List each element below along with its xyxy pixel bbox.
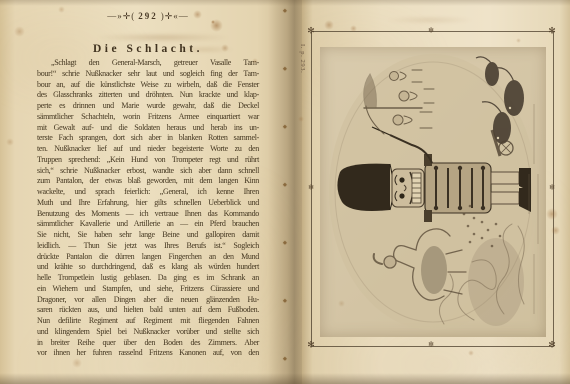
running-head: —»✛(292)✛«— bbox=[37, 11, 259, 22]
floral-edge-ornament-icon: ✼ bbox=[308, 185, 314, 192]
text-line: bour!“ schrie Nußknacker sehr laut und s… bbox=[37, 69, 259, 80]
text-line: Benutzung des Moments — ich vertraue Ihn… bbox=[37, 209, 259, 220]
text-line: Nun defilirte Regiment auf Regiment mit … bbox=[37, 316, 259, 327]
header-rule-left: —»✛( bbox=[107, 11, 135, 21]
binding-ornament-icon: ◆ bbox=[283, 66, 287, 72]
text-line: saren rückten aus, und hielten bald unte… bbox=[37, 305, 259, 316]
engraving-illustration bbox=[324, 50, 542, 334]
chapter-heading: Die Schlacht. bbox=[37, 43, 259, 55]
text-line: sämmtlicher Schachteln, worin Fritzens A… bbox=[37, 112, 259, 123]
text-line: leidlich. — Thun Sie jetzt was Ihres Ber… bbox=[37, 241, 259, 252]
text-line: in breiter Reihe quer über den Boden des… bbox=[37, 338, 259, 349]
text-line: und krähte so durchdringend, daß es klan… bbox=[37, 262, 259, 273]
page-number: 292 bbox=[135, 11, 161, 21]
text-line: perte es drinnen und Marie wurde gewahr,… bbox=[37, 101, 259, 112]
floral-edge-ornament-icon: ✼ bbox=[428, 28, 434, 35]
text-line: vor ihnen her fuhren rasselnd Fritzens K… bbox=[37, 348, 259, 359]
text-line: mit Gewalt auf- und die Soldaten heraus … bbox=[37, 123, 259, 134]
floral-corner-ornament-icon: ✻ bbox=[548, 27, 556, 36]
text-line: Sie nicht, Sie haben sehr lange Beine un… bbox=[37, 230, 259, 241]
text-line: terste Fach sprangen, dort sich aber in … bbox=[37, 133, 259, 144]
show-through-text bbox=[95, 33, 230, 42]
floral-edge-ornament-icon: ✼ bbox=[428, 342, 434, 349]
binding-ornament-icon: ◆ bbox=[283, 182, 287, 188]
text-line: bour an, auf die künstlichste Weise zu w… bbox=[37, 80, 259, 91]
text-line: sich,“ schrie Nußknacker erbost, wandte … bbox=[37, 166, 259, 177]
text-line: sämmtlicher Kavallerie und Artillerie an… bbox=[37, 219, 259, 230]
floral-edge-ornament-icon: ✼ bbox=[549, 185, 555, 192]
floral-corner-ornament-icon: ✻ bbox=[307, 341, 315, 350]
body-text: „Schlagt den General-Marsch, getreuer Va… bbox=[37, 58, 259, 359]
open-book: —»✛(292)✛«— Die Schlacht. „Schlagt den G… bbox=[0, 0, 570, 384]
floral-corner-ornament-icon: ✻ bbox=[548, 341, 556, 350]
plate-caption: I. p. 293. bbox=[299, 44, 306, 73]
text-line: Muth und Ihre Erfahrung, hier gilts schn… bbox=[37, 198, 259, 209]
text-line: helle Trompetlein lustig geblasen. Da gi… bbox=[37, 273, 259, 284]
text-line: ein Wiehern und Stampfen, und siehe, Fri… bbox=[37, 284, 259, 295]
binding-ornament-icon: ◆ bbox=[283, 298, 287, 304]
text-line: ten. Nußknacker lief auf und nieder bege… bbox=[37, 144, 259, 155]
binding-ornament-icon: ◆ bbox=[283, 8, 287, 14]
binding-ornament-icon: ◆ bbox=[283, 124, 287, 130]
text-line: „Schlagt den General-Marsch, getreuer Va… bbox=[37, 58, 259, 69]
text-line: Truppen sprechend: „Kein Hund von Trompe… bbox=[37, 155, 259, 166]
text-line: wackelte, und sprach feierlich: „General… bbox=[37, 187, 259, 198]
battle-scene-engraving bbox=[324, 50, 542, 334]
left-page: —»✛(292)✛«— Die Schlacht. „Schlagt den G… bbox=[0, 0, 302, 384]
binding-ornament-icon: ◆ bbox=[283, 356, 287, 362]
text-line: drückte Pantalon die dürren langen Finge… bbox=[37, 252, 259, 263]
floral-corner-ornament-icon: ✻ bbox=[307, 27, 315, 36]
header-rule-right: )✛«— bbox=[161, 11, 189, 21]
text-line: zum Pantalon, der etwas blaß geworden, m… bbox=[37, 176, 259, 187]
text-line: und klingendem Spiel bei Nußknacker vorü… bbox=[37, 327, 259, 338]
text-line: Dragoner, vor allen Dingen aber die neue… bbox=[37, 295, 259, 306]
binding-ornament-icon: ◆ bbox=[283, 240, 287, 246]
text-line: des Glasschranks zitterten und dröhnten.… bbox=[37, 90, 259, 101]
